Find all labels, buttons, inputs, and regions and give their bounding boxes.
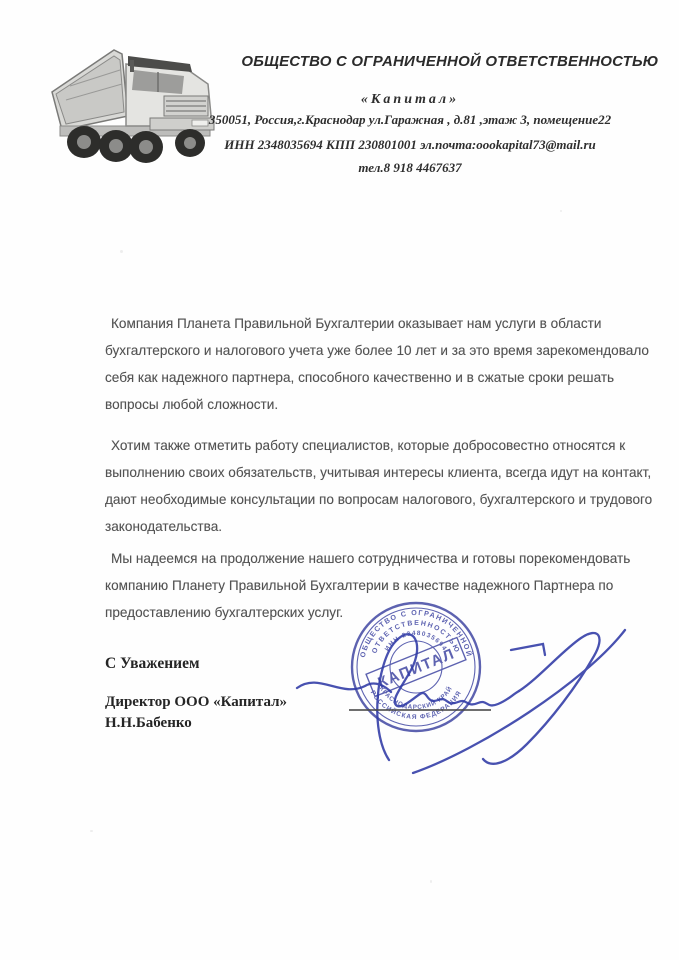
company-name: «Капитал»	[150, 92, 670, 108]
scanned-letter-page: ОБЩЕСТВО С ОГРАНИЧЕННОЙ ОТВЕТСТВЕННОСТЬЮ…	[0, 0, 679, 960]
signatory-block: Директор ООО «Капитал» Н.Н.Бабенко	[105, 692, 287, 734]
scan-speck	[120, 250, 123, 253]
letter-paragraph-1: Компания Планета Правильной Бухгалтерии …	[105, 310, 653, 418]
company-phone: тел.8 918 4467637	[150, 160, 670, 176]
letter-paragraph-2: Хотим также отметить работу специалистов…	[105, 432, 653, 540]
scan-speck	[430, 880, 432, 883]
signatory-name: Н.Н.Бабенко	[105, 713, 287, 734]
scan-speck	[90, 830, 93, 832]
closing-salutation: С Уважением	[105, 655, 200, 673]
letterhead-org-type: ОБЩЕСТВО С ОГРАНИЧЕННОЙ ОТВЕТСТВЕННОСТЬЮ	[240, 53, 660, 70]
scan-speck	[560, 210, 562, 212]
handwritten-signature	[293, 610, 665, 778]
company-address: 350051, Россия,г.Краснодар ул.Гаражная ,…	[150, 112, 670, 128]
company-inn-kpp-email: ИНН 2348035694 КПП 230801001 эл.почта:oo…	[150, 137, 670, 153]
signatory-title: Директор ООО «Капитал»	[105, 692, 287, 713]
